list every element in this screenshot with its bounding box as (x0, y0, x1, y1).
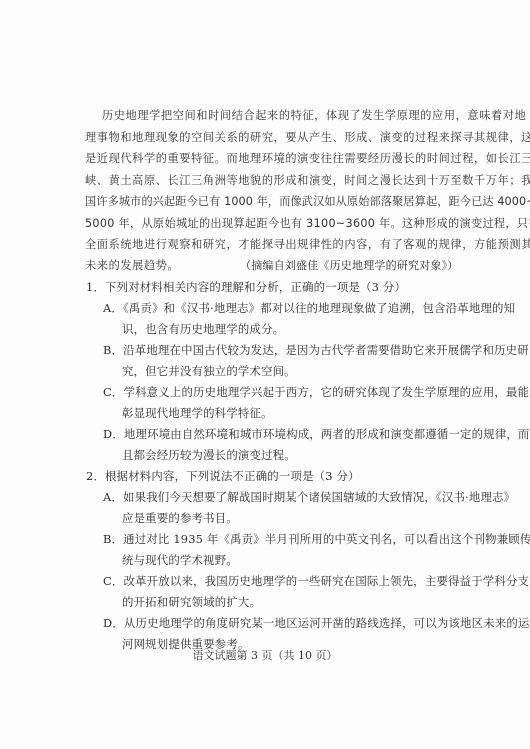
passage-line: 国许多城市的兴起距今已有 1000 年，而像武汉如从原始部落聚居算起，距今已达 … (85, 195, 530, 209)
option-d-cont: 且都会经历较为漫长的演变过程。 (122, 448, 296, 462)
passage-line: 未来的发展趋势。 (85, 259, 179, 273)
option-d: D．从历史地理学的角度研究某一地区运河开凿的路线选择，可以为该地区未来的运 (103, 616, 530, 630)
passage-line: 5000 年，从原始城址的出现算起距今也有 3100~3600 年。这种形成的演… (85, 217, 530, 231)
option-b: B．通过对比 1935 年《禹贡》半月刊所用的中英文刊名，可以看出这个刊物兼顾传 (103, 532, 530, 546)
passage-line: 峡、黄土高原、长江三角洲等地貌的形成和演变，时间之漫长达到十万至数千万年；我 (85, 174, 530, 188)
option-b: B．沿革地理在中国古代较为发达，是因为古代学者需要借助它来开展儒学和历史研 (103, 343, 529, 357)
option-c: C．学科意义上的历史地理学兴起于西方，它的研究体现了发生学原理的应用，最能 (103, 385, 529, 399)
passage-line: 全面系统地进行观察和研究，才能探寻出规律性的内容，有了客观的规律，方能预测其 (85, 238, 530, 252)
option-a: A．《禹贡》和《汉书·地理志》都对以往的地理现象做了追溯，包含沿革地理的知 (103, 301, 515, 315)
passage-line: 理事物和地理现象的空间关系的研究，要从产生、形成、演变的过程来探寻其规律，这 (85, 131, 530, 145)
question-stem: 1．下列对材料相关内容的理解和分析，正确的一项是（3 分） (86, 280, 406, 294)
question-stem: 2．根据材料内容，下列说法不正确的一项是（3 分） (86, 469, 360, 483)
option-d: D．地理环境由自然环境和城市环境构成，两者的形成和演变都遵循一定的规律，而 (103, 427, 530, 441)
passage-line: 是近现代科学的重要特征。而地理环境的演变往往需要经历漫长的时间过程，如长江三 (85, 152, 530, 166)
option-c: C．改革开放以来，我国历史地理学的一些研究在国际上领先，主要得益于学科分支 (103, 574, 529, 588)
option-c-cont: 的开拓和研究领域的扩大。 (122, 595, 261, 609)
option-a-cont: 识，也含有历史地理学的成分。 (122, 322, 284, 336)
exam-page: 历史地理学把空间和时间结合起来的特征，体现了发生学原理的应用，意味着对地 理事物… (0, 0, 530, 749)
passage-source: （摘编自刘盛佳《历史地理学的研究对象》） (240, 259, 459, 273)
option-a: A．如果我们今天想要了解战国时期某个诸侯国辖域的大致情况，《汉书·地理志》 (103, 490, 515, 504)
passage-line: 历史地理学把空间和时间结合起来的特征，体现了发生学原理的应用，意味着对地 (102, 109, 526, 123)
option-b-cont: 究，但它并没有独立的学术空间。 (122, 364, 296, 378)
option-a-cont: 应是重要的参考书目。 (122, 511, 238, 525)
option-c-cont: 彰显现代地理学的科学特征。 (122, 406, 273, 420)
page-footer: 语文试题第 3 页（共 10 页） (0, 647, 530, 663)
option-b-cont: 统与现代的学术视野。 (122, 553, 238, 567)
